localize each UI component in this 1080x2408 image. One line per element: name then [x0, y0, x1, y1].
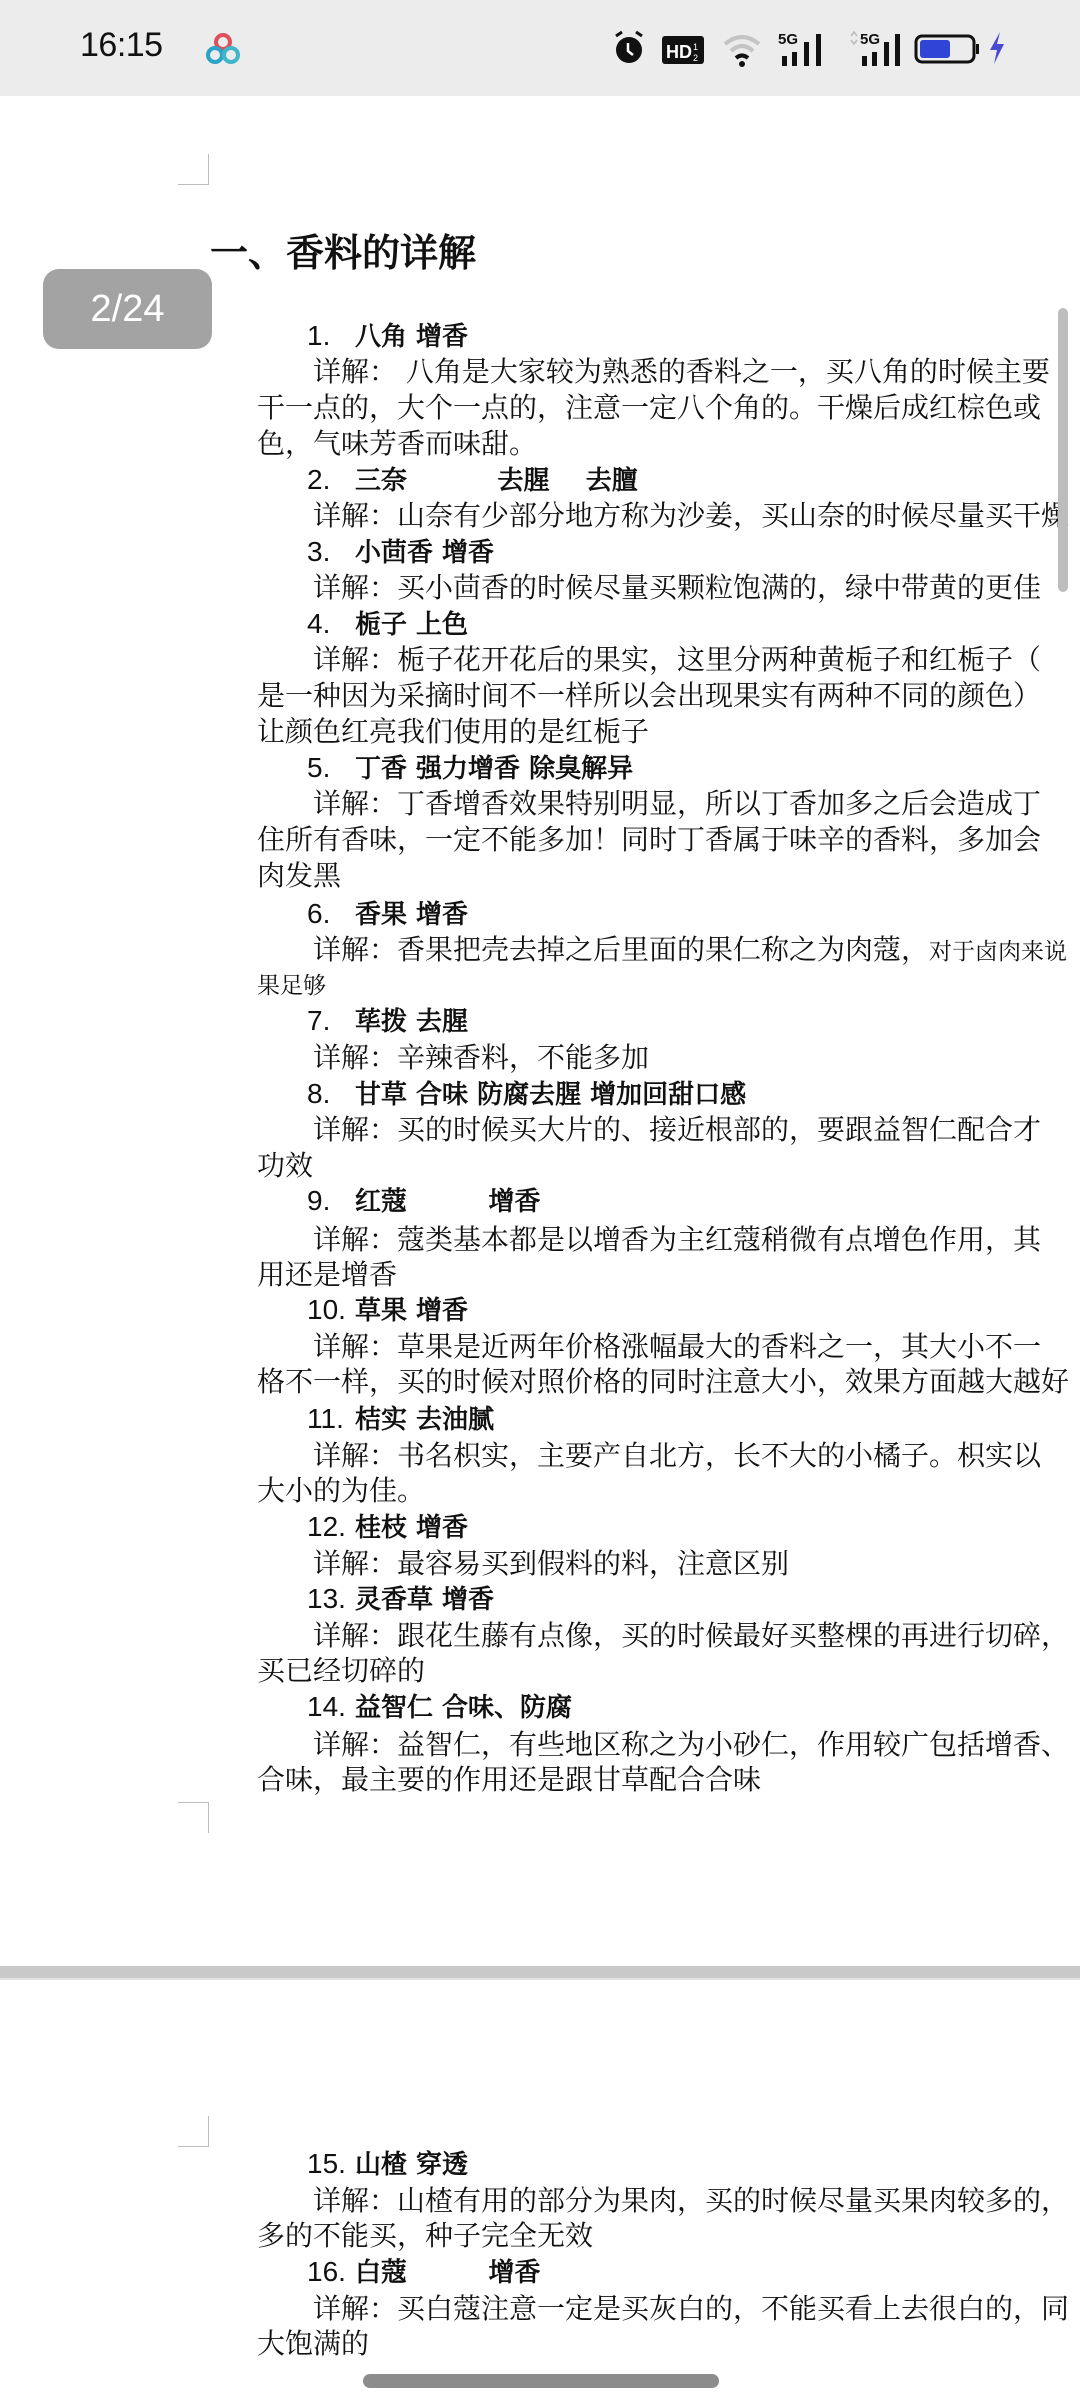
item-detail-line: 详解：益智仁，有些地区称之为小砂仁，作用较广包括增香、 [313, 1727, 1080, 1763]
item-title: 10.草果 增香 [307, 1292, 1080, 1329]
item-detail-line: 多的不能买，种子完全无效 [257, 2218, 1080, 2254]
page-margin-corner-mark [178, 154, 209, 185]
page-indicator-badge: 2/24 [43, 269, 212, 349]
item-detail-line: 详解：买小茴香的时候尽量买颗粒饱满的，绿中带黄的更佳 [313, 570, 1080, 606]
item-detail-line: 色，气味芳香而味甜。 [257, 426, 1080, 462]
5g-signal-icon: 5G [778, 28, 830, 68]
home-indicator-bar[interactable] [363, 2374, 719, 2388]
item-title: 11.桔实 去油腻 [307, 1401, 1080, 1438]
item-title: 5.丁香 强力增香 除臭解异 [307, 750, 1080, 787]
item-detail-line: 详解：山奈有少部分地方称为沙姜，买山奈的时候尽量买干燥 [313, 498, 1080, 534]
item-title: 2.三奈 去腥 去膻 [307, 462, 1080, 499]
item-detail-line: 详解：蔻类基本都是以增香为主红蔻稍微有点增色作用，其 [313, 1222, 1080, 1258]
svg-text:5G: 5G [860, 31, 880, 48]
item-title: 1.八角 增香 [307, 318, 1080, 355]
battery-icon [914, 28, 982, 68]
item-title: 6.香果 增香 [307, 896, 1080, 933]
item-detail-line: 详解： 八角是大家较为熟悉的香料之一，买八角的时候主要 [313, 354, 1080, 390]
item-title: 12.桂枝 增香 [307, 1509, 1080, 1546]
item-detail-line: 用还是增香 [257, 1257, 1080, 1293]
page-margin-corner-mark [178, 1802, 209, 1833]
wifi-icon [722, 28, 762, 68]
item-detail-line: 大小的为佳。 [257, 1473, 1080, 1509]
section-heading: 一、香料的详解 [210, 222, 476, 277]
item-detail-line: 肉发黑 [257, 858, 1080, 894]
hd-voice-icon: HD 1 2 [662, 28, 704, 68]
item-title: 15.山楂 穿透 [307, 2146, 1080, 2183]
item-title: 7.荜拨 去腥 [307, 1003, 1080, 1040]
svg-text:HD: HD [666, 42, 692, 62]
status-time: 16:15 [80, 26, 163, 65]
svg-text:2: 2 [693, 53, 698, 63]
item-title: 3.小茴香 增香 [307, 534, 1080, 571]
alarm-icon [612, 28, 646, 68]
item-detail-line: 合味，最主要的作用还是跟甘草配合合味 [257, 1762, 1080, 1798]
svg-text:5G: 5G [778, 31, 798, 48]
vertical-scrollbar[interactable] [1058, 308, 1068, 592]
item-detail-line: 住所有香味，一定不能多加！同时丁香属于味辛的香料，多加会 [257, 822, 1080, 858]
item-detail-line: 买已经切碎的 [257, 1653, 1080, 1689]
item-detail-line: 功效 [257, 1148, 1080, 1184]
item-detail-line: 详解：香果把壳去掉之后里面的果仁称之为肉蔻，对于卤肉来说 [313, 932, 1080, 970]
page-margin-corner-mark [178, 2116, 209, 2147]
item-detail-line: 干一点的，大个一点的，注意一定八个角的。干燥后成红棕色或 [257, 390, 1080, 426]
item-title: 13.灵香草 增香 [307, 1581, 1080, 1618]
item-detail-line: 详解：书名枳实，主要产自北方，长不大的小橘子。枳实以 [313, 1438, 1080, 1474]
item-title: 8.甘草 合味 防腐去腥 增加回甜口感 [307, 1076, 1080, 1113]
item-detail-line: 详解：跟花生藤有点像，买的时候最好买整棵的再进行切碎， [313, 1618, 1080, 1654]
svg-text:1: 1 [693, 42, 698, 52]
item-detail-line: 详解：丁香增香效果特别明显，所以丁香加多之后会造成丁 [313, 786, 1080, 822]
item-detail-line: 是一种因为采摘时间不一样所以会出现果实有两种不同的颜色） [257, 678, 1080, 714]
item-detail-line: 详解：辛辣香料，不能多加 [313, 1040, 1080, 1076]
app-notification-icon [204, 30, 242, 68]
page-separator [0, 1966, 1080, 1980]
charging-bolt-icon [986, 28, 1008, 68]
item-title: 4.栀子 上色 [307, 606, 1080, 643]
item-detail-line: 让颜色红亮我们使用的是红栀子 [257, 714, 1080, 750]
item-detail-line: 大饱满的 [257, 2326, 1080, 2362]
item-title: 14.益智仁 合味、防腐 [307, 1689, 1080, 1726]
item-title: 9.红蔻 增香 [307, 1183, 1080, 1220]
item-title: 16.白蔻 增香 [307, 2254, 1080, 2291]
item-detail-line: 详解：买白蔻注意一定是买灰白的，不能买看上去很白的，同 [313, 2291, 1080, 2327]
item-detail-line: 详解：最容易买到假料的料，注意区别 [313, 1546, 1080, 1582]
5g-signal-icon-2: 5G [848, 28, 902, 68]
status-bar: 16:15 HD 1 2 5G 5G [0, 0, 1080, 96]
item-detail-line: 格不一样，买的时候对照价格的同时注意大小，效果方面越大越好 [257, 1364, 1080, 1400]
item-detail-line: 详解：草果是近两年价格涨幅最大的香料之一，其大小不一 [313, 1329, 1080, 1365]
item-detail-line: 果足够 [257, 968, 1080, 1004]
item-detail-line: 详解：山楂有用的部分为果肉，买的时候尽量买果肉较多的， [313, 2183, 1080, 2219]
item-detail-line: 详解：买的时候买大片的、接近根部的，要跟益智仁配合才 [313, 1112, 1080, 1148]
item-detail-line: 详解：栀子花开花后的果实，这里分两种黄栀子和红栀子（ [313, 642, 1080, 678]
